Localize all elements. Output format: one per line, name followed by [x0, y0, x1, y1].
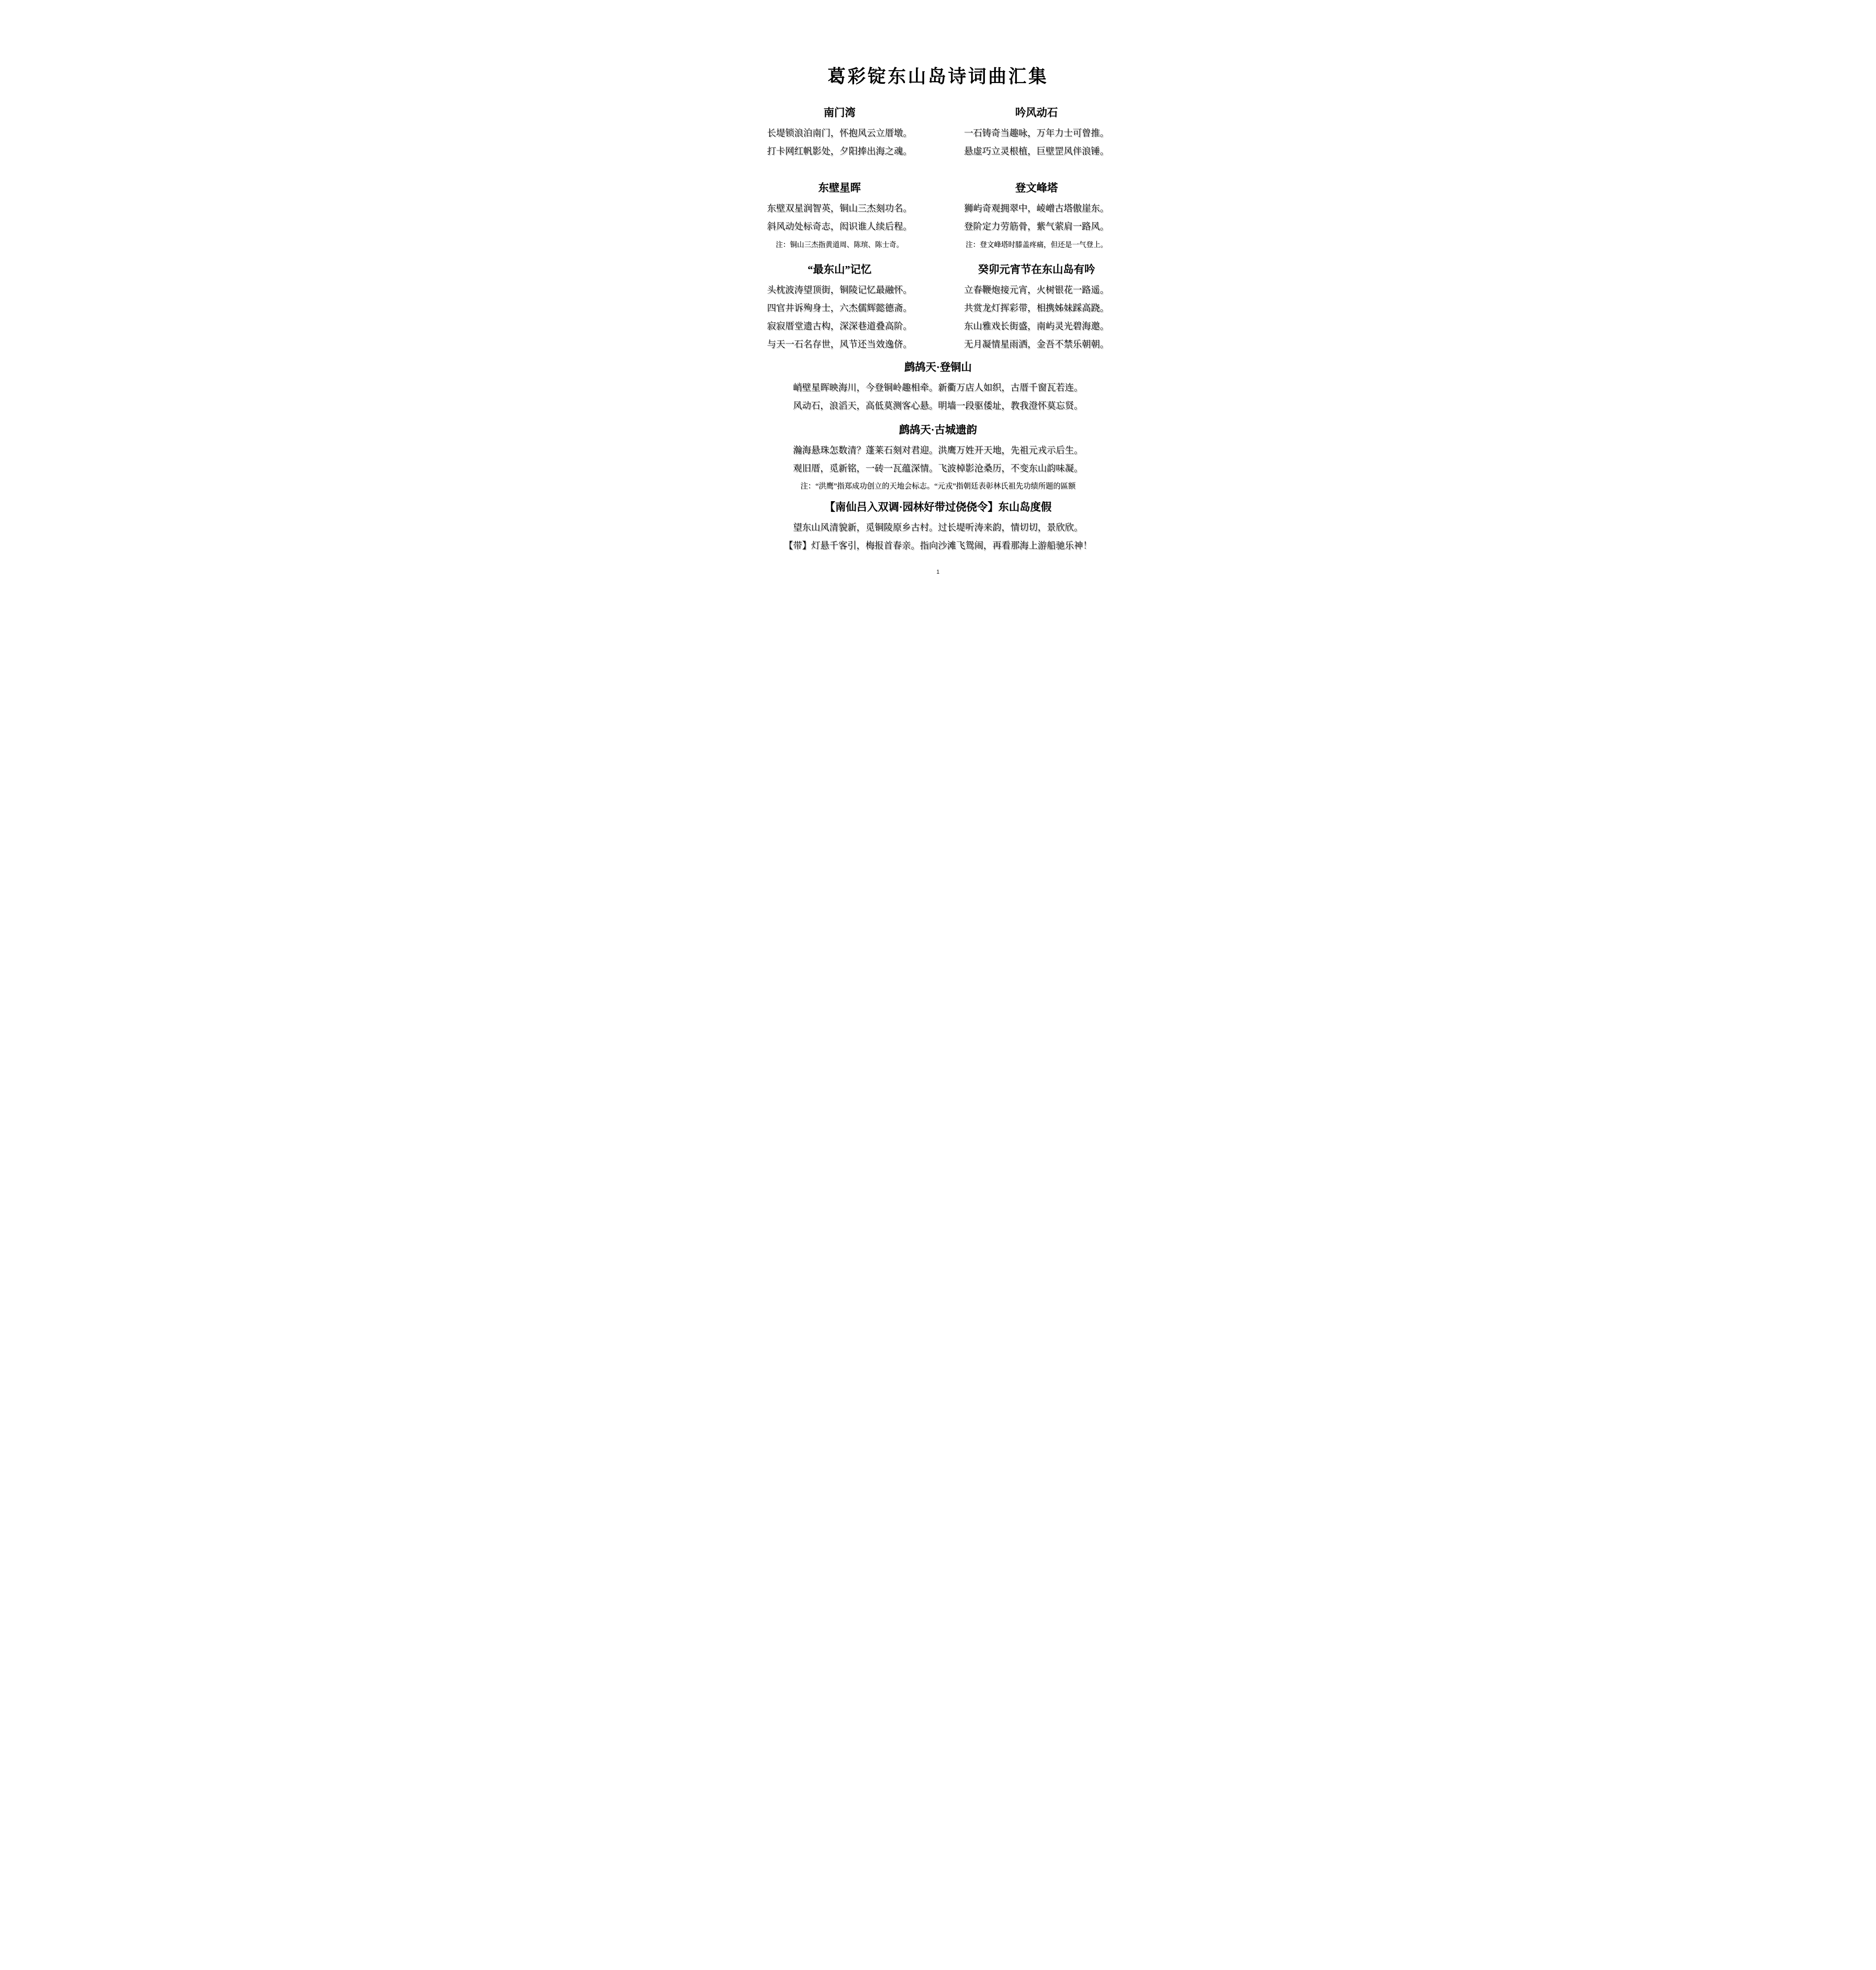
poem-line: 东壁双星润智英，铜山三杰刻功名。 [745, 199, 934, 217]
poem-note: 注：铜山三杰指黄道周、陈瑸、陈士奇。 [745, 236, 934, 254]
poem-line: 狮屿奇观拥翠中，崚嶒古塔傲崖东。 [942, 199, 1131, 217]
poem-line: 风动石，浪滔天，高低莫测客心悬。明墙一段驱倭址，教我澄怀莫忘贤。 [745, 397, 1131, 415]
poem-title: 鹧鸪天·古城遗韵 [745, 423, 1131, 437]
poem-yinfengdongshi: 吟风动石 一石铸奇当趣咏，万年力士可曾推。 悬虚巧立灵根植，巨壁罡风伴浪锤。 [942, 106, 1131, 160]
poem-zuidongshanjiyi: “最东山”记忆 头枕波涛望顶街，铜陵记忆最融怀。 四官井诉殉身士，六杰儒辉懿德斋… [745, 263, 934, 353]
poem-line: 瀚海悬珠怎数清？蓬莱石刻对君迎。洪鹰万姓开天地，先祖元戎示后生。 [745, 441, 1131, 459]
section-nanxianlv-dongshandaodujia: 【南仙吕入双调·园林好带过侥侥令】东山岛度假 望东山风清貌新，觅铜陵原乡古村。过… [745, 500, 1131, 555]
page-number: 1 [745, 569, 1131, 575]
poem-line: 立春鞭炮接元宵，火树银花一路遥。 [942, 281, 1131, 299]
poem-title: 南门湾 [745, 106, 934, 119]
poem-line: 头枕波涛望顶街，铜陵记忆最融怀。 [745, 281, 934, 299]
poem-row-1: 南门湾 长堤锁浪泊南门，怀抱风云立厝墩。 打卡网红帆影处，夕阳捧出海之魂。 吟风… [745, 106, 1131, 160]
poem-line: 长堤锁浪泊南门，怀抱风云立厝墩。 [745, 124, 934, 142]
poem-line: 观旧厝，觅新铭，一砖一瓦蕴深情。飞波棹影沧桑历，不变东山韵味凝。 [745, 459, 1131, 478]
poem-line: 望东山风清貌新，觅铜陵原乡古村。过长堤听涛来韵，情切切，景欣欣。 [745, 519, 1131, 537]
section-zhegutian-dengtongshan: 鹧鸪天·登铜山 峭壁星晖映海川，今登铜岭趣相牵。新衢万店人如织，古厝千窗瓦若连。… [745, 361, 1131, 415]
section-zhegutian-guchengyiyun: 鹧鸪天·古城遗韵 瀚海悬珠怎数清？蓬莱石刻对君迎。洪鹰万姓开天地，先祖元戎示后生… [745, 423, 1131, 496]
poem-line: 共赏龙灯挥彩带，相携姊妹踩高跷。 [942, 299, 1131, 317]
poem-line: 悬虚巧立灵根植，巨壁罡风伴浪锤。 [942, 142, 1131, 160]
poem-line: 登阶定力劳筋骨，紫气萦肩一路风。 [942, 217, 1131, 236]
poem-title: 【南仙吕入双调·园林好带过侥侥令】东山岛度假 [745, 500, 1131, 514]
document-title: 葛彩锭东山岛诗词曲汇集 [745, 65, 1131, 88]
poem-title: 登文峰塔 [942, 181, 1131, 195]
poem-title: 吟风动石 [942, 106, 1131, 119]
poem-row-3: “最东山”记忆 头枕波涛望顶街，铜陵记忆最融怀。 四官井诉殉身士，六杰儒辉懿德斋… [745, 263, 1131, 353]
poem-line: 斜风动处标奇志，闳识谁人续后程。 [745, 217, 934, 236]
poem-line: 无月凝情星雨洒，金吾不禁乐朝朝。 [942, 335, 1131, 353]
poem-guimaoyuanxiao: 癸卯元宵节在东山岛有吟 立春鞭炮接元宵，火树银花一路遥。 共赏龙灯挥彩带，相携姊… [942, 263, 1131, 353]
poem-line: 四官井诉殉身士，六杰儒辉懿德斋。 [745, 299, 934, 317]
poem-dongbixinghui: 东壁星晖 东壁双星润智英，铜山三杰刻功名。 斜风动处标奇志，闳识谁人续后程。 注… [745, 181, 934, 254]
poem-line: 打卡网红帆影处，夕阳捧出海之魂。 [745, 142, 934, 160]
poem-line: 与天一石名存世，风节还当效逸侪。 [745, 335, 934, 353]
poem-title: 东壁星晖 [745, 181, 934, 195]
poem-title: 鹧鸪天·登铜山 [745, 361, 1131, 374]
poem-note: 注：登文峰塔时膝盖疼痛，但还是一气登上。 [942, 236, 1131, 254]
poem-title: 癸卯元宵节在东山岛有吟 [942, 263, 1131, 276]
poem-dengwenfengta: 登文峰塔 狮屿奇观拥翠中，崚嶒古塔傲崖东。 登阶定力劳筋骨，紫气萦肩一路风。 注… [942, 181, 1131, 254]
poem-row-2: 东壁星晖 东壁双星润智英，铜山三杰刻功名。 斜风动处标奇志，闳识谁人续后程。 注… [745, 181, 1131, 254]
document-page: 葛彩锭东山岛诗词曲汇集 南门湾 长堤锁浪泊南门，怀抱风云立厝墩。 打卡网红帆影处… [721, 0, 1155, 613]
poem-nanmenwan: 南门湾 长堤锁浪泊南门，怀抱风云立厝墩。 打卡网红帆影处，夕阳捧出海之魂。 [745, 106, 934, 160]
poem-title: “最东山”记忆 [745, 263, 934, 276]
poem-line: 寂寂厝堂遗古构，深深巷道叠高阶。 [745, 317, 934, 335]
poem-line: 峭壁星晖映海川，今登铜岭趣相牵。新衢万店人如织，古厝千窗瓦若连。 [745, 379, 1131, 397]
poem-line: 东山雅戏长街盛，南屿灵光碧海邀。 [942, 317, 1131, 335]
poem-note: 注：“洪鹰”指郑成功创立的天地会标志。“元戎”指朝廷表彰林氏祖先功绩所题的區额 [745, 478, 1131, 496]
poem-line: 【带】灯悬千客引，梅报首春亲。指向沙滩飞鸳闹，再看那海上游船驰乐神！ [745, 537, 1131, 555]
poem-line: 一石铸奇当趣咏，万年力士可曾推。 [942, 124, 1131, 142]
